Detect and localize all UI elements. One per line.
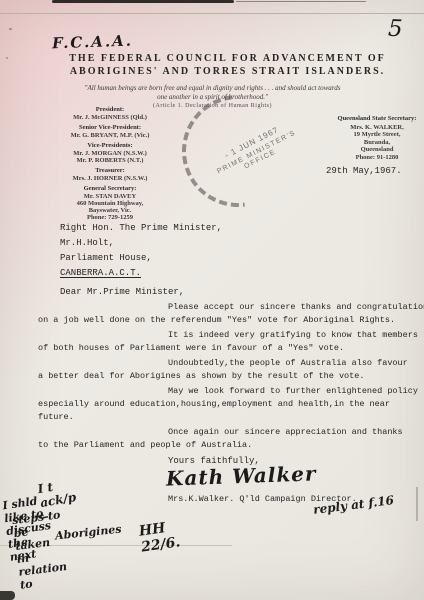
officers-list: President: Mr. J. McGINNESS (Qld.) Senio…: [42, 106, 178, 224]
officer-president: President: Mr. J. McGINNESS (Qld.): [42, 106, 178, 121]
officer-treasurer: Treasurer: Mrs. J. HORNER (N.S.W.): [42, 167, 178, 182]
paragraph-3: Undoubtedly,the people of Australia also…: [38, 357, 410, 383]
org-title-line1: THE FEDERAL COUNCIL FOR ADVANCEMENT OF: [30, 52, 424, 65]
motto-line1: "All human beings are born free and equa…: [20, 84, 405, 93]
pm-office-received-stamp: - 1 JUN 1967 PRIME MINISTER'S OFFICE: [168, 93, 303, 211]
address-line: Parliament House,: [60, 251, 222, 266]
org-title-line2: ABORIGINES' AND TORRES STRAIT ISLANDERS.: [30, 65, 424, 78]
pm-note-line3: steps to be taken in relation to: [11, 508, 69, 591]
scan-edge-mark-right: [416, 487, 418, 521]
handwritten-signature: Kath Walker: [166, 461, 317, 490]
address-line-city: CANBERRA.A.C.T.: [60, 266, 222, 281]
letter-body: Please accept our sincere thanks and con…: [38, 301, 410, 454]
address-block: Right Hon. The Prime Minister, Mr.H.Holt…: [60, 221, 222, 281]
handwritten-page-number: 5: [388, 16, 404, 42]
letter-date: 29th May,1967.: [326, 166, 402, 176]
officer-vice-presidents: Vice-Presidents: Mr. J. MORGAN (N.S.W.) …: [42, 142, 178, 164]
qld-state-secretary-block: Queensland State Secretary: Mrs. K. WALK…: [330, 115, 424, 161]
scanned-letter-page: F.C.A.A. 5 THE FEDERAL COUNCIL FOR ADVAN…: [0, 0, 424, 600]
salutation: Dear Mr.Prime Minister,: [60, 287, 184, 297]
top-rule-line: [0, 13, 424, 14]
paragraph-1: Please accept our sincere thanks and con…: [38, 301, 410, 327]
scan-speck: [6, 57, 8, 59]
scan-edge-mark: [52, 0, 234, 3]
address-line: Right Hon. The Prime Minister,: [60, 221, 222, 236]
officer-senior-vp: Senior Vice-President: Mr. G. BRYANT, M.…: [42, 124, 178, 139]
pm-note-line4: Aborigines: [55, 523, 123, 543]
address-line: Mr.H.Holt,: [60, 236, 222, 251]
org-title: THE FEDERAL COUNCIL FOR ADVANCEMENT OF A…: [30, 52, 424, 78]
paragraph-5: Once again our sincere appreciation and …: [38, 426, 410, 452]
scan-corner-mark: [0, 591, 15, 600]
scan-edge-mark-faint: [236, 1, 366, 2]
officer-general-secretary: General Secretary: Mr. STAN DAVEY 460 Mo…: [42, 185, 178, 221]
scan-speck: [9, 28, 12, 30]
paragraph-4: May we look forward to further enlighten…: [38, 385, 410, 424]
handwritten-file-initials: F.C.A.A.: [52, 32, 134, 53]
paragraph-2: It is indeed very gratifying to know tha…: [38, 329, 410, 355]
pm-note-initials-date: HH 22/6.: [138, 518, 181, 555]
